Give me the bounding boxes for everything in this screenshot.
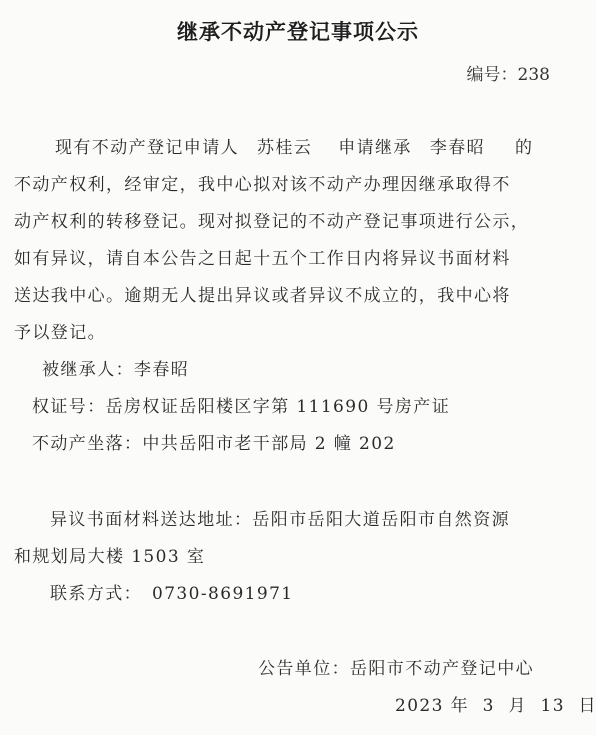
document-title: 继承不动产登记事项公示 <box>0 16 596 46</box>
serial-label: 编号： <box>467 65 518 85</box>
contact-value: 0730-8691971 <box>152 584 294 604</box>
possessive: 的 <box>515 138 533 158</box>
objection-address-row: 异议书面材料送达地址：岳阳市岳阳大道岳阳市自然资源 <box>50 505 510 530</box>
address-label: 异议书面材料送达地址： <box>50 510 252 530</box>
issue-date: 2023 年 3 月 13 日 <box>395 691 596 716</box>
inherit-text: 申请继承 <box>338 138 412 158</box>
certificate-row: 权证号：岳房权证岳阳楼区字第 111690 号房产证 <box>32 392 450 417</box>
issuer-value: 岳阳市不动产登记中心 <box>350 659 534 679</box>
body-line-4: 如有异议，请自本公告之日起十五个工作日内将异议书面材料 <box>14 244 511 269</box>
contact-row: 联系方式：0730-8691971 <box>50 579 294 604</box>
body-line-6: 予以登记。 <box>14 318 106 343</box>
decedent-name: 李春昭 <box>430 138 485 158</box>
body-line-2: 不动产权利，经审定，我中心拟对该不动产办理因继承取得不 <box>14 170 511 195</box>
body-line-3: 动产权利的转移登记。现对拟登记的不动产登记事项进行公示， <box>14 207 529 232</box>
decedent-row: 被继承人：李春昭 <box>42 355 189 380</box>
body-line-5: 送达我中心。逾期无人提出异议或者异议不成立的，我中心将 <box>14 281 511 306</box>
location-label: 不动产坐落： <box>32 434 142 454</box>
issuer-label: 公告单位： <box>258 659 350 679</box>
issuer-row: 公告单位：岳阳市不动产登记中心 <box>258 654 534 679</box>
certificate-label: 权证号： <box>32 397 106 417</box>
applicant-prefix: 现有不动产登记申请人 <box>55 138 239 158</box>
address-line-1: 岳阳市岳阳大道岳阳市自然资源 <box>252 510 510 530</box>
body-line-1: 现有不动产登记申请人苏桂云申请继承李春昭的 <box>55 133 533 158</box>
location-row: 不动产坐落：中共岳阳市老干部局 2 幢 202 <box>32 429 396 454</box>
objection-address-line-2: 和规划局大楼 1503 室 <box>14 542 205 567</box>
decedent-value: 李春昭 <box>134 360 189 380</box>
serial-number: 编号：238 <box>467 60 550 85</box>
certificate-value: 岳房权证岳阳楼区字第 111690 号房产证 <box>106 397 451 417</box>
contact-label: 联系方式： <box>50 584 142 604</box>
serial-value: 238 <box>518 65 550 85</box>
decedent-label: 被继承人： <box>42 360 134 380</box>
applicant-name: 苏桂云 <box>257 138 312 158</box>
location-value: 中共岳阳市老干部局 2 幢 202 <box>142 434 395 454</box>
